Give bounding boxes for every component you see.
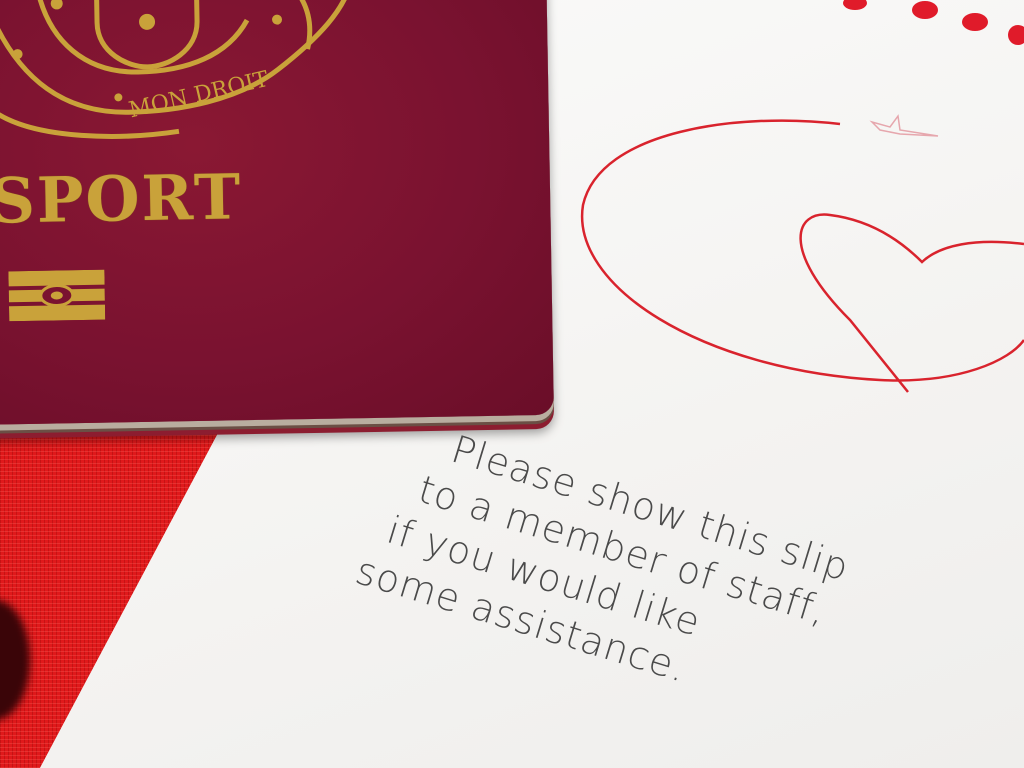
motto-text: MON DROIT xyxy=(127,67,272,123)
photo-scene: MON DROIT SPORT Please show this slip to… xyxy=(0,0,1024,768)
passport: MON DROIT SPORT xyxy=(0,0,554,425)
coat-of-arms-icon: MON DROIT xyxy=(0,0,359,145)
biometric-chip-icon xyxy=(8,270,105,322)
passport-title: SPORT xyxy=(0,160,243,237)
